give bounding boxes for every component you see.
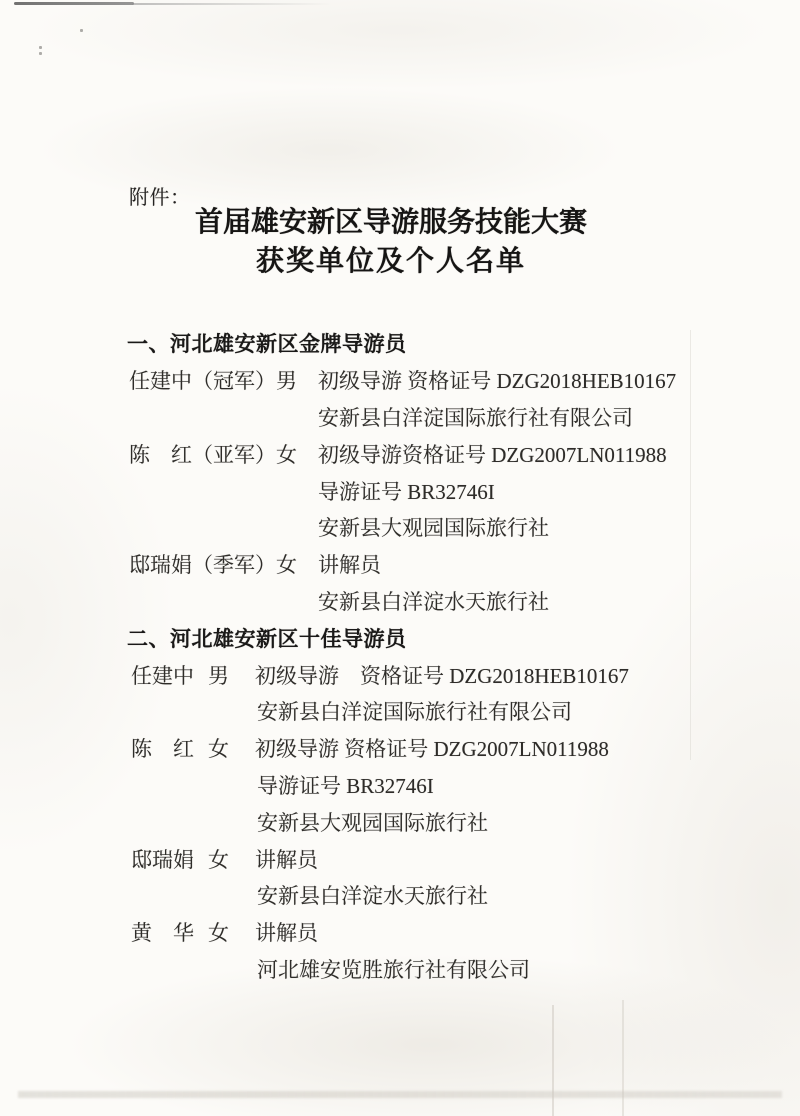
entry-detail: 安新县白洋淀国际旅行社有限公司 bbox=[318, 402, 633, 432]
document-title: 首届雄安新区导游服务技能大赛 获奖单位及个人名单 bbox=[125, 203, 657, 281]
document-title-line-2: 获奖单位及个人名单 bbox=[125, 242, 657, 281]
scan-speck bbox=[39, 46, 42, 49]
entry-row: 任建中男初级导游 资格证号 DZG2018HEB10167 bbox=[0, 656, 800, 693]
entry-detail: 河北雄安览胜旅行社有限公司 bbox=[257, 954, 530, 984]
entry-detail: 讲解员 bbox=[255, 917, 318, 947]
entry-row: 黄 华女讲解员 bbox=[0, 914, 800, 951]
section-heading: 二、河北雄安新区十佳导游员 bbox=[0, 619, 800, 656]
entry-detail: 导游证号 BR32746I bbox=[318, 476, 495, 506]
entry-continuation-row: 安新县白洋淀水天旅行社 bbox=[0, 583, 800, 620]
entry-detail: 初级导游资格证号 DZG2007LN011988 bbox=[318, 439, 667, 469]
entry-gender: 女 bbox=[208, 917, 255, 947]
entry-detail: 初级导游 资格证号 DZG2018HEB10167 bbox=[255, 660, 629, 690]
scan-artifact-bottom-band bbox=[18, 1091, 782, 1098]
entry-detail: 初级导游 资格证号 DZG2018HEB10167 bbox=[318, 365, 676, 395]
entry-row: 任建中（冠军）男初级导游 资格证号 DZG2018HEB10167 bbox=[0, 362, 800, 399]
scan-speck bbox=[39, 52, 42, 55]
entry-detail: 初级导游 资格证号 DZG2007LN011988 bbox=[255, 733, 609, 763]
entry-name: 邸瑞娟（季军）女 bbox=[129, 549, 318, 579]
entry-continuation-row: 导游证号 BR32746I bbox=[0, 767, 800, 804]
entry-continuation-row: 导游证号 BR32746I bbox=[0, 472, 800, 509]
entry-continuation-row: 安新县大观园国际旅行社 bbox=[0, 803, 800, 840]
section-heading: 一、河北雄安新区金牌导游员 bbox=[0, 325, 800, 362]
entry-detail: 讲解员 bbox=[255, 844, 318, 874]
entry-detail: 安新县白洋淀国际旅行社有限公司 bbox=[257, 696, 572, 726]
entry-detail: 安新县大观园国际旅行社 bbox=[318, 512, 549, 542]
scan-artifact-top-streak-fade bbox=[132, 3, 332, 5]
entry-continuation-row: 安新县白洋淀国际旅行社有限公司 bbox=[0, 693, 800, 730]
entry-name: 任建中 bbox=[131, 660, 208, 690]
entry-detail: 安新县大观园国际旅行社 bbox=[257, 807, 488, 837]
entry-name: 陈 红（亚军）女 bbox=[129, 439, 318, 469]
entry-detail: 安新县白洋淀水天旅行社 bbox=[318, 586, 549, 616]
entry-detail: 安新县白洋淀水天旅行社 bbox=[257, 880, 488, 910]
scan-artifact-vertical-line bbox=[622, 1000, 624, 1116]
scan-speck bbox=[80, 29, 83, 32]
entry-name: 邸瑞娟 bbox=[131, 844, 208, 874]
scan-artifact-top-streak bbox=[14, 2, 134, 5]
entry-continuation-row: 安新县白洋淀水天旅行社 bbox=[0, 877, 800, 914]
entry-continuation-row: 河北雄安览胜旅行社有限公司 bbox=[0, 951, 800, 988]
entry-continuation-row: 安新县白洋淀国际旅行社有限公司 bbox=[0, 399, 800, 436]
document-body: 一、河北雄安新区金牌导游员任建中（冠军）男初级导游 资格证号 DZG2018HE… bbox=[0, 325, 800, 987]
entry-name: 陈 红 bbox=[131, 733, 208, 763]
scanned-document-page: 附件： 首届雄安新区导游服务技能大赛 获奖单位及个人名单 一、河北雄安新区金牌导… bbox=[0, 0, 800, 1116]
entry-row: 陈 红女初级导游 资格证号 DZG2007LN011988 bbox=[0, 730, 800, 767]
entry-row: 邸瑞娟（季军）女讲解员 bbox=[0, 546, 800, 583]
entry-continuation-row: 安新县大观园国际旅行社 bbox=[0, 509, 800, 546]
document-title-line-1: 首届雄安新区导游服务技能大赛 bbox=[125, 203, 657, 242]
entry-name: 黄 华 bbox=[131, 917, 208, 947]
entry-row: 邸瑞娟女讲解员 bbox=[0, 840, 800, 877]
entry-detail: 讲解员 bbox=[318, 549, 381, 579]
entry-name: 任建中（冠军）男 bbox=[129, 365, 318, 395]
scan-artifact-vertical-line bbox=[552, 1005, 554, 1116]
entry-gender: 女 bbox=[208, 844, 255, 874]
entry-row: 陈 红（亚军）女初级导游资格证号 DZG2007LN011988 bbox=[0, 435, 800, 472]
entry-gender: 男 bbox=[208, 660, 255, 690]
entry-detail: 导游证号 BR32746I bbox=[257, 770, 434, 800]
entry-gender: 女 bbox=[208, 733, 255, 763]
